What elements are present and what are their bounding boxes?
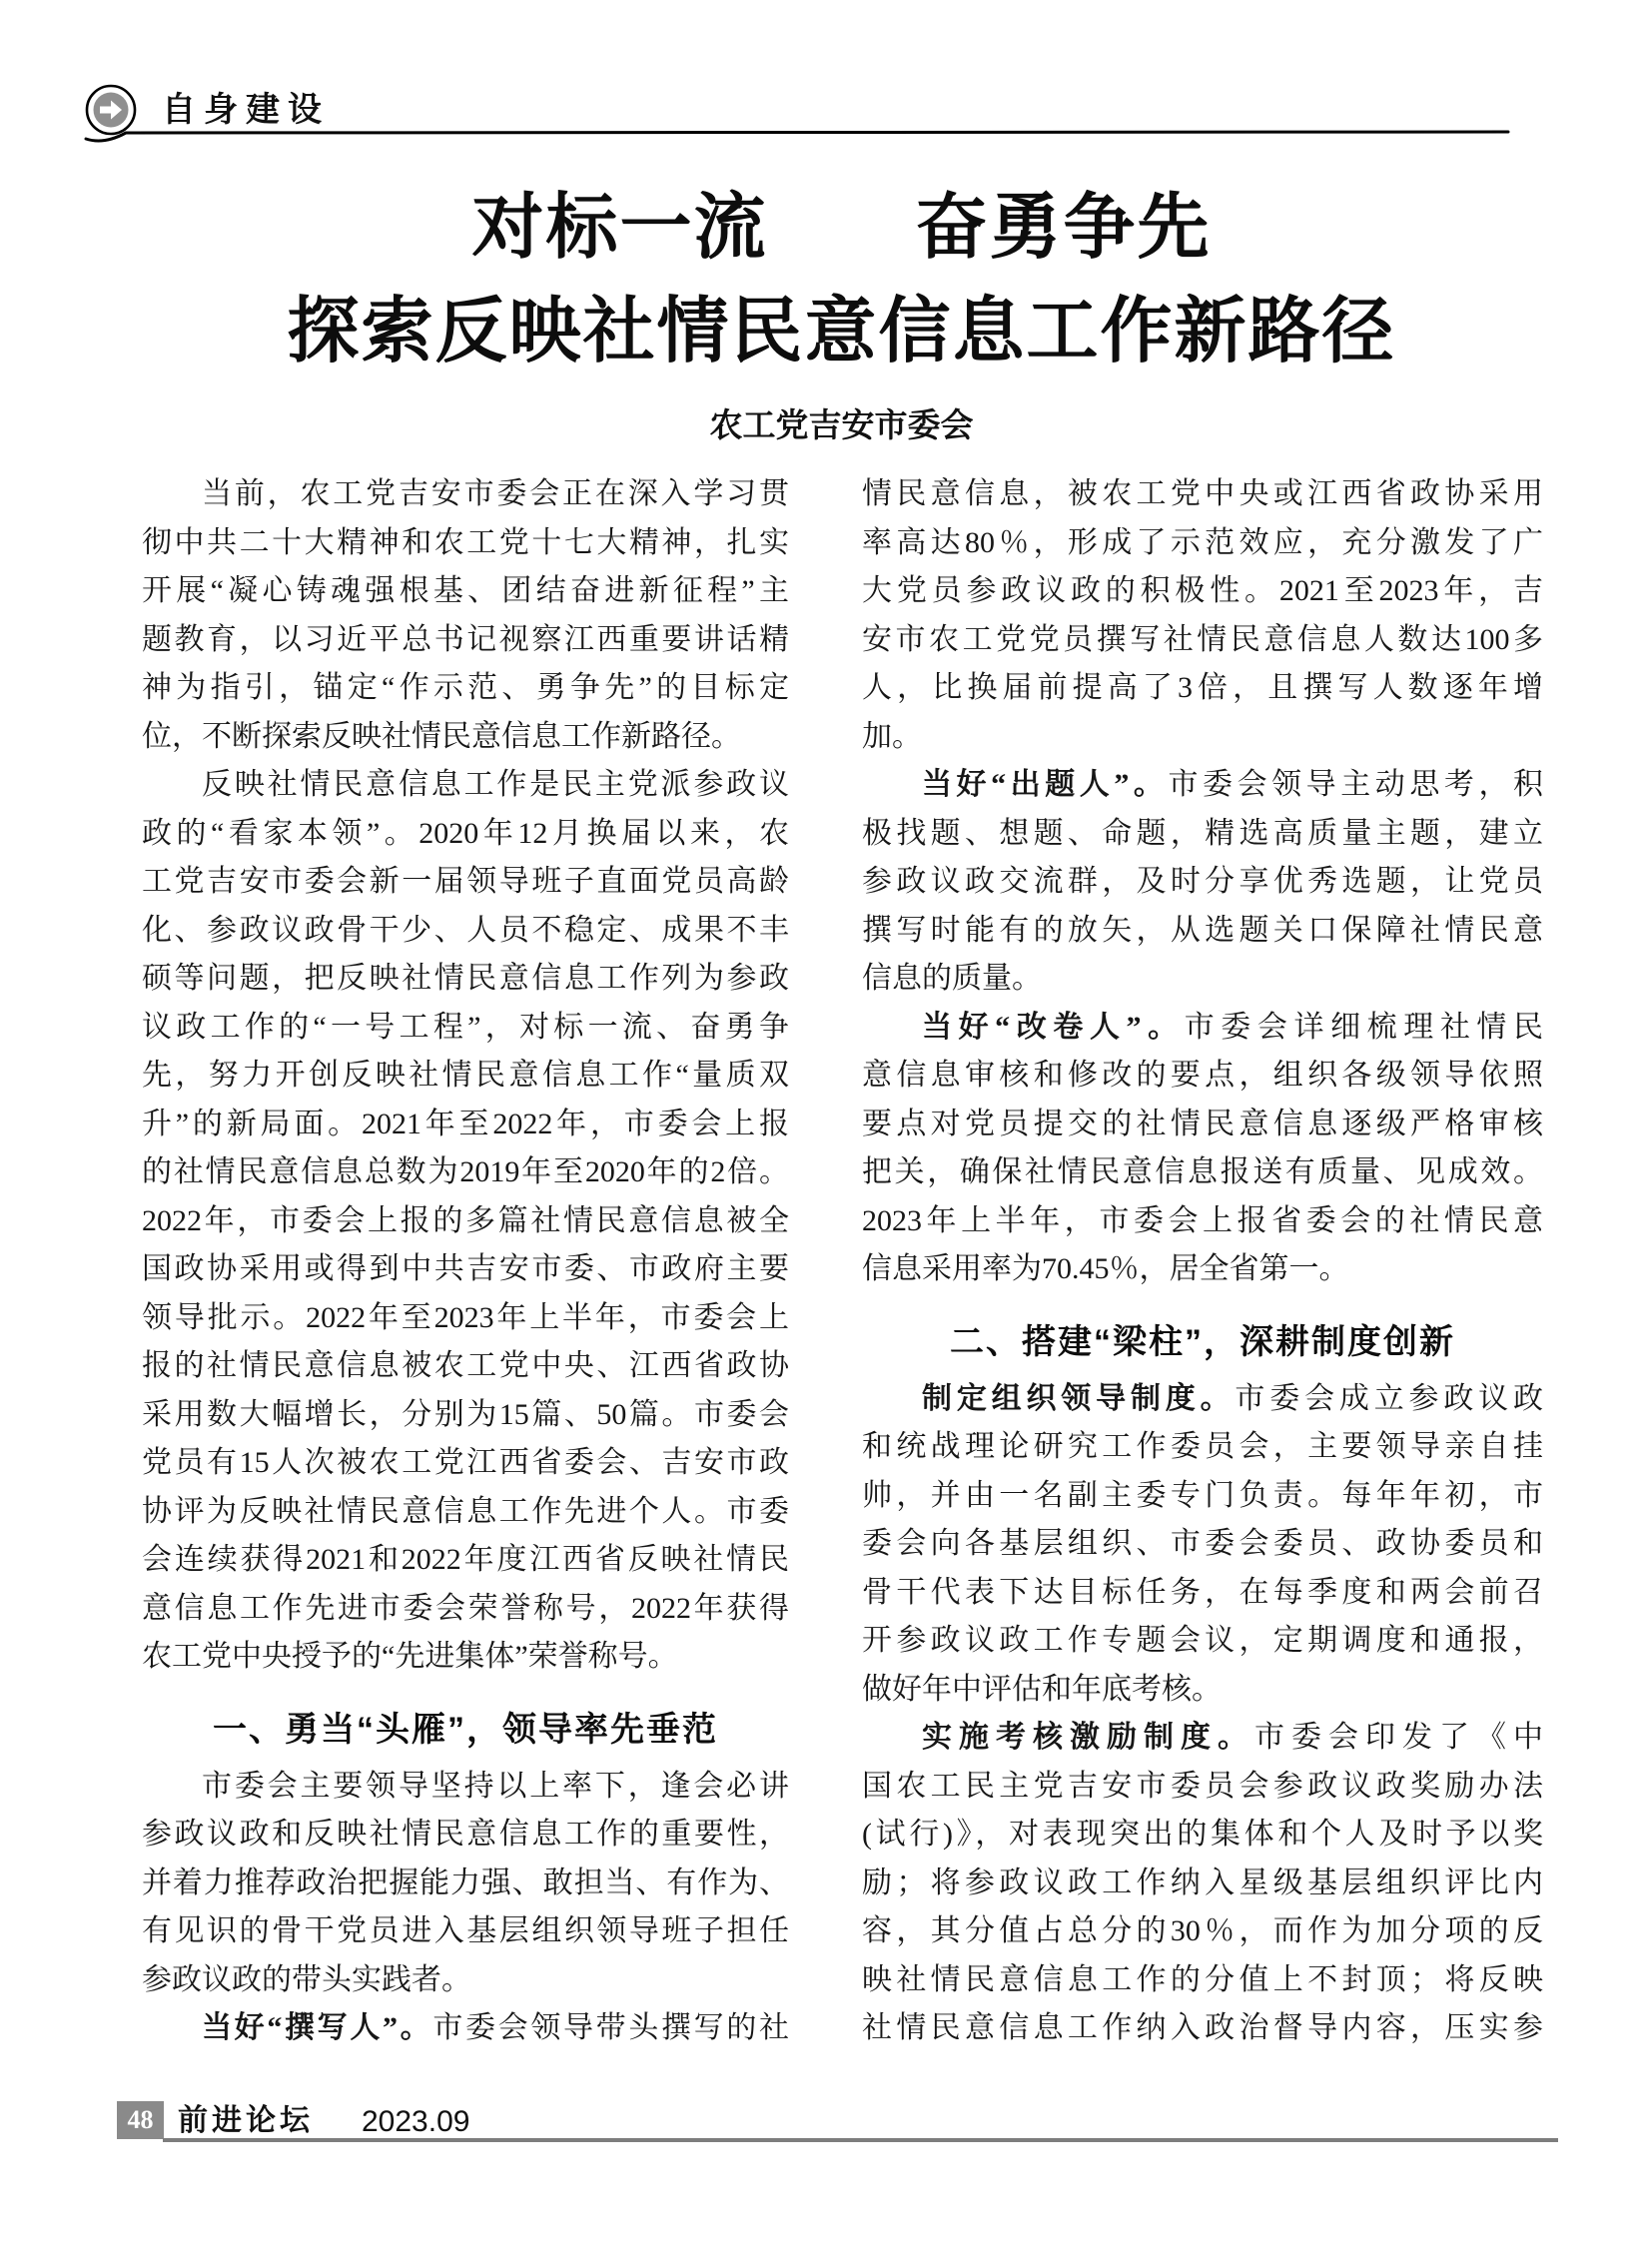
section-heading: 二、搭建“梁柱”，深耕制度创新 — [862, 1314, 1543, 1363]
text-line: 实施考核激励制度。市委会印发了《中 — [862, 1714, 1543, 1763]
text-line: 当好“出题人”。市委会领导主动思考，积 — [862, 761, 1543, 810]
section-label: 自身建设 — [162, 88, 330, 132]
text-line: 当好“撰写人”。市委会领导带头撰写的社 — [142, 2004, 789, 2053]
text-line: 把关，确保社情民意信息报送有质量、见成效。 — [862, 1148, 1543, 1197]
text-line: 参政议政交流群，及时分享优秀选题，让党员 — [862, 858, 1543, 907]
text-line: 人，比换届前提高了3倍，且撰写人数逐年增 — [862, 664, 1543, 713]
text-line: 制定组织领导制度。市委会成立参政议政 — [862, 1375, 1543, 1424]
text-line: 党员有15人次被农工党江西省委会、吉安市政 — [142, 1439, 789, 1488]
text-line: 当好“改卷人”。市委会详细梳理社情民 — [862, 1004, 1543, 1053]
text-line: 题教育，以习近平总书记视察江西重要讲话精 — [142, 616, 789, 665]
text-line: 参政议政的带头实践者。 — [142, 1956, 789, 2005]
document-page: 自身建设 对标一流 奋勇争先 探索反映社情民意信息工作新路径 农工党吉安市委会 … — [0, 0, 1652, 2242]
text-line: 升”的新局面。2021年至2022年，市委会上报 — [142, 1101, 789, 1149]
journal-issue: 2023.09 — [362, 2105, 469, 2139]
text-line: 神为指引，锚定“作示范、勇争先”的目标定 — [142, 664, 789, 713]
text-line: 容，其分值占总分的30％，而作为加分项的反 — [862, 1907, 1543, 1956]
article-title-line2: 探索反映社情民意信息工作新路径 — [140, 280, 1543, 383]
left-column: 当前，农工党吉安市委会正在深入学习贯彻中共二十大精神和农工党十七大精神，扎实开展… — [142, 470, 789, 2053]
text-line: 有见识的骨干党员进入基层组织领导班子担任 — [142, 1907, 789, 1956]
text-line: (试行)》，对表现突出的集体和个人及时予以奖 — [862, 1811, 1543, 1860]
text-line: 领导批示。2022年至2023年上半年，市委会上 — [142, 1294, 789, 1343]
section-heading: 一、勇当“头雁”，领导率先垂范 — [142, 1702, 789, 1751]
text-line: 并着力推荐政治把握能力强、敢担当、有作为、 — [142, 1860, 789, 1908]
text-line: 帅，并由一名副主委专门负责。每年年初，市 — [862, 1472, 1543, 1521]
text-line: 骨干代表下达目标任务，在每季度和两会前召 — [862, 1569, 1543, 1618]
text-line: 参政议政和反映社情民意信息工作的重要性， — [142, 1811, 789, 1860]
text-line: 率高达80％，形成了示范效应，充分激发了广 — [862, 519, 1543, 568]
text-line: 采用数大幅增长，分别为15篇、50篇。市委会 — [142, 1391, 789, 1440]
text-line: 协评为反映社情民意信息工作先进个人。市委 — [142, 1488, 789, 1537]
text-line: 硕等问题，把反映社情民意信息工作列为参政 — [142, 955, 789, 1004]
text-line: 信息的质量。 — [862, 955, 1543, 1004]
text-line: 政的“看家本领”。2020年12月换届以来，农 — [142, 810, 789, 859]
article-author: 农工党吉安市委会 — [140, 403, 1543, 447]
text-line: 开参政议政工作专题会议，定期调度和通报， — [862, 1617, 1543, 1666]
text-line: 市委会主要领导坚持以上率下，逢会必讲 — [142, 1763, 789, 1812]
text-line: 要点对党员提交的社情民意信息逐级严格审核 — [862, 1101, 1543, 1149]
text-line: 和统战理论研究工作委员会，主要领导亲自挂 — [862, 1423, 1543, 1472]
paragraph-lead: 当好“出题人”。 — [922, 768, 1168, 801]
paragraph-lead: 实施考核激励制度。 — [922, 1721, 1254, 1754]
text-line: 2022年，市委会上报的多篇社情民意信息被全 — [142, 1197, 789, 1246]
text-line: 位，不断探索反映社情民意信息工作新路径。 — [142, 713, 789, 762]
paragraph-lead: 制定组织领导制度。 — [922, 1382, 1235, 1415]
text-line: 2023年上半年，市委会上报省委会的社情民意 — [862, 1197, 1543, 1246]
text-line: 励；将参政议政工作纳入星级基层组织评比内 — [862, 1860, 1543, 1908]
paragraph-lead: 当好“改卷人”。 — [922, 1011, 1185, 1044]
page-number-badge: 48 — [117, 2101, 164, 2139]
text-line: 工党吉安市委会新一届领导班子直面党员高龄 — [142, 858, 789, 907]
text-line: 开展“凝心铸魂强根基、团结奋进新征程”主 — [142, 567, 789, 616]
text-line: 意信息审核和修改的要点，组织各级领导依照 — [862, 1052, 1543, 1101]
text-line: 反映社情民意信息工作是民主党派参政议 — [142, 761, 789, 810]
text-line: 国政协采用或得到中共吉安市委、市政府主要 — [142, 1245, 789, 1294]
text-line: 议政工作的“一号工程”，对标一流、奋勇争 — [142, 1004, 789, 1053]
text-line: 化、参政议政骨干少、人员不稳定、成果不丰 — [142, 907, 789, 956]
text-line: 彻中共二十大精神和农工党十七大精神，扎实 — [142, 519, 789, 568]
text-line: 委会向各基层组织、市委会委员、政协委员和 — [862, 1520, 1543, 1569]
right-column: 情民意信息，被农工党中央或江西省政协采用率高达80％，形成了示范效应，充分激发了… — [862, 470, 1543, 2053]
text-line: 会连续获得2021和2022年度江西省反映社情民 — [142, 1536, 789, 1585]
text-line: 极找题、想题、命题，精选高质量主题，建立 — [862, 810, 1543, 859]
text-line: 安市农工党党员撰写社情民意信息人数达100多 — [862, 616, 1543, 665]
text-line: 信息采用率为70.45％，居全省第一。 — [862, 1245, 1543, 1294]
text-line: 大党员参政议政的积极性。2021至2023年，吉 — [862, 567, 1543, 616]
paragraph-lead: 当好“撰写人”。 — [202, 2011, 432, 2044]
journal-name: 前进论坛 — [178, 2103, 314, 2139]
text-line: 映社情民意信息工作的分值上不封顶；将反映 — [862, 1956, 1543, 2005]
header-rule — [86, 132, 1508, 141]
text-line: 当前，农工党吉安市委会正在深入学习贯 — [142, 470, 789, 519]
text-line: 先，努力开创反映社情民意信息工作“量质双 — [142, 1052, 789, 1101]
text-line: 加。 — [862, 713, 1543, 762]
text-line: 撰写时能有的放矢，从选题关口保障社情民意 — [862, 907, 1543, 956]
text-line: 做好年中评估和年底考核。 — [862, 1666, 1543, 1715]
text-line: 国农工民主党吉安市委员会参政议政奖励办法 — [862, 1763, 1543, 1812]
article-title-line1: 对标一流 奋勇争先 — [140, 176, 1543, 280]
text-line: 意信息工作先进市委会荣誉称号，2022年获得 — [142, 1585, 789, 1634]
text-line: 报的社情民意信息被农工党中央、江西省政协 — [142, 1342, 789, 1391]
text-line: 社情民意信息工作纳入政治督导内容，压实参 — [862, 2004, 1543, 2053]
text-line: 情民意信息，被农工党中央或江西省政协采用 — [862, 470, 1543, 519]
article-title: 对标一流 奋勇争先 探索反映社情民意信息工作新路径 — [140, 176, 1543, 383]
text-line: 农工党中央授予的“先进集体”荣誉称号。 — [142, 1633, 789, 1682]
text-line: 的社情民意信息总数为2019年至2020年的2倍。 — [142, 1148, 789, 1197]
